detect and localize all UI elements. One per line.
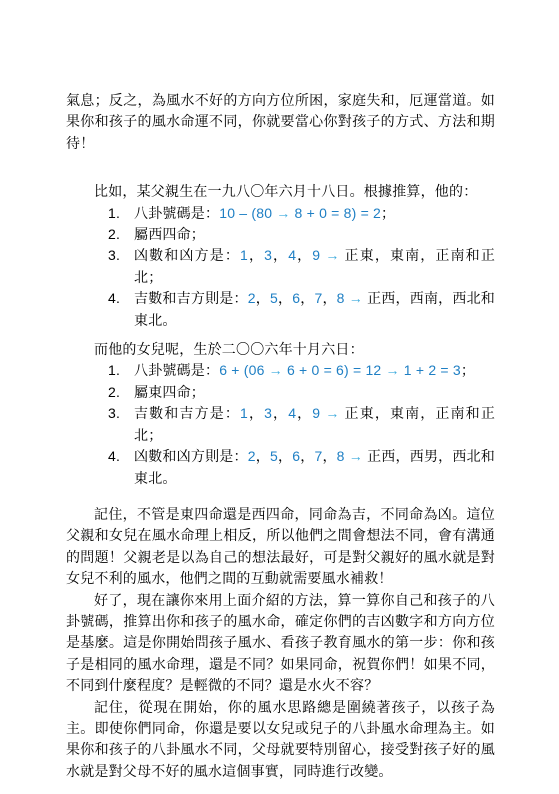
- list-item-text: 凶數和凶方則是：2，5，6，7，8 → 正西，西男，西北和東北。: [134, 448, 495, 485]
- formula-number: 6: [292, 290, 300, 306]
- arrow-glyph: →: [276, 205, 290, 221]
- arrow-glyph: →: [349, 290, 363, 306]
- list-item: 1.八卦號碼是：6 + (06 → 6 + 0 = 6) = 12 → 1 + …: [66, 360, 495, 381]
- list-item-text: 吉數和吉方是：1，3，4，9 → 正東，東南，正南和正北；: [134, 405, 495, 442]
- list-item-number: 1.: [108, 360, 132, 381]
- formula-number: 10 – (80: [219, 205, 276, 221]
- text-segment: ，: [278, 290, 292, 306]
- document-page: 氣息；反之，為風水不好的方向方位所困，家庭失和，厄運當道。如果你和孩子的風水命運…: [0, 0, 559, 794]
- formula-number: 2: [248, 290, 256, 306]
- text-segment: 屬東四命；: [134, 384, 205, 400]
- text-segment: ，: [322, 290, 336, 306]
- arrow-glyph: →: [325, 247, 339, 263]
- list-item: 4.凶數和凶方則是：2，5，6，7，8 → 正西，西男，西北和東北。: [66, 446, 495, 489]
- text-segment: 凶數和凶方則是：: [134, 448, 248, 464]
- list-item-number: 4.: [108, 288, 132, 309]
- formula-number: 2: [248, 448, 256, 464]
- text-segment: ，: [300, 448, 314, 464]
- text-segment: ，: [272, 405, 288, 421]
- text-segment: 屬西四命；: [134, 226, 205, 242]
- list-item-number: 1.: [108, 203, 132, 224]
- formula-number: 6 + 0 = 6) = 12: [283, 362, 386, 378]
- text-segment: 八卦號碼是：: [134, 205, 219, 221]
- father-intro-paragraph: 比如，某父親生在一九八〇年六月十八日。根據推算，他的：: [66, 181, 495, 202]
- arrow-glyph: →: [386, 362, 400, 378]
- formula-number: 8: [337, 290, 345, 306]
- text-segment: 八卦號碼是：: [134, 362, 219, 378]
- daughter-intro-paragraph: 而他的女兒呢，生於二〇〇六年十月六日：: [66, 339, 495, 360]
- paragraph-remember-same-or-different: 記住，不管是東四命還是西四命，同命為吉，不同命為凶。這位父親和女兒在風水命理上相…: [66, 504, 495, 590]
- formula-number: 8 + 0 = 8) = 2: [290, 205, 381, 221]
- paragraph-continuation: 氣息；反之，為風水不好的方向方位所困，家庭失和，厄運當道。如果你和孩子的風水命運…: [66, 90, 495, 154]
- list-item-number: 3.: [108, 245, 132, 266]
- formula-number: 8: [337, 448, 345, 464]
- list-item: 1.八卦號碼是：10 – (80 → 8 + 0 = 8) = 2；: [66, 203, 495, 224]
- text-segment: 凶數和凶方是：: [134, 247, 240, 263]
- formula-number: 3: [264, 405, 272, 421]
- text-segment: ，: [248, 247, 264, 263]
- formula-number: 1 + 2 = 3: [400, 362, 461, 378]
- list-item-number: 4.: [108, 446, 132, 467]
- text-segment: ，: [322, 448, 336, 464]
- list-item: 2.屬東四命；: [66, 382, 495, 403]
- list-item-text: 八卦號碼是：10 – (80 → 8 + 0 = 8) = 2；: [134, 205, 395, 221]
- list-item-number: 3.: [108, 403, 132, 424]
- formula-number: 6: [292, 448, 300, 464]
- list-item-text: 八卦號碼是：6 + (06 → 6 + 0 = 6) = 12 → 1 + 2 …: [134, 362, 475, 378]
- formula-number: 6 + (06: [219, 362, 268, 378]
- text-segment: ，: [272, 247, 288, 263]
- text-segment: ；: [461, 362, 475, 378]
- formula-number: 4: [288, 247, 296, 263]
- daughter-numbered-list: 1.八卦號碼是：6 + (06 → 6 + 0 = 6) = 12 → 1 + …: [66, 360, 495, 488]
- text-segment: 吉數和吉方是：: [134, 405, 240, 421]
- text-segment: ，: [296, 247, 312, 263]
- text-segment: ，: [248, 405, 264, 421]
- paragraph-child-first: 記住，從現在開始，你的風水思路總是圍繞著孩子，以孩子為主。即使你們同命，你還是要…: [66, 697, 495, 783]
- formula-number: 3: [264, 247, 272, 263]
- formula-number: 5: [270, 290, 278, 306]
- list-item-text: 吉數和吉方則是：2，5，6，7，8 → 正西，西南，西北和東北。: [134, 290, 495, 327]
- text-segment: ，: [256, 448, 270, 464]
- list-item: 2.屬西四命；: [66, 224, 495, 245]
- list-item-number: 2.: [108, 382, 132, 403]
- list-item-number: 2.: [108, 224, 132, 245]
- father-numbered-list: 1.八卦號碼是：10 – (80 → 8 + 0 = 8) = 2；2.屬西四命…: [66, 203, 495, 331]
- page-content: 氣息；反之，為風水不好的方向方位所困，家庭失和，厄運當道。如果你和孩子的風水命運…: [66, 90, 495, 782]
- text-segment: ，: [296, 405, 312, 421]
- list-item-text: 屬西四命；: [134, 226, 205, 242]
- list-item: 3.吉數和吉方是：1，3，4，9 → 正東，東南，正南和正北；: [66, 403, 495, 446]
- formula-number: 5: [270, 448, 278, 464]
- list-item: 4.吉數和吉方則是：2，5，6，7，8 → 正西，西南，西北和東北。: [66, 288, 495, 331]
- arrow-glyph: →: [325, 405, 339, 421]
- text-segment: ，: [300, 290, 314, 306]
- paragraph-try-the-method: 好了，現在讓你來用上面介紹的方法，算一算你自己和孩子的八卦號碼，推算出你和孩子的…: [66, 590, 495, 697]
- formula-number: 4: [288, 405, 296, 421]
- formula-number: 1: [240, 247, 248, 263]
- arrow-glyph: →: [349, 448, 363, 464]
- text-segment: ，: [256, 290, 270, 306]
- list-item: 3.凶數和凶方是：1，3，4，9 → 正東，東南，正南和正北；: [66, 245, 495, 288]
- formula-number: 1: [240, 405, 248, 421]
- text-segment: ，: [278, 448, 292, 464]
- arrow-glyph: →: [269, 362, 283, 378]
- list-item-text: 凶數和凶方是：1，3，4，9 → 正東，東南，正南和正北；: [134, 247, 495, 284]
- text-segment: 吉數和吉方則是：: [134, 290, 248, 306]
- list-item-text: 屬東四命；: [134, 384, 205, 400]
- text-segment: ；: [381, 205, 395, 221]
